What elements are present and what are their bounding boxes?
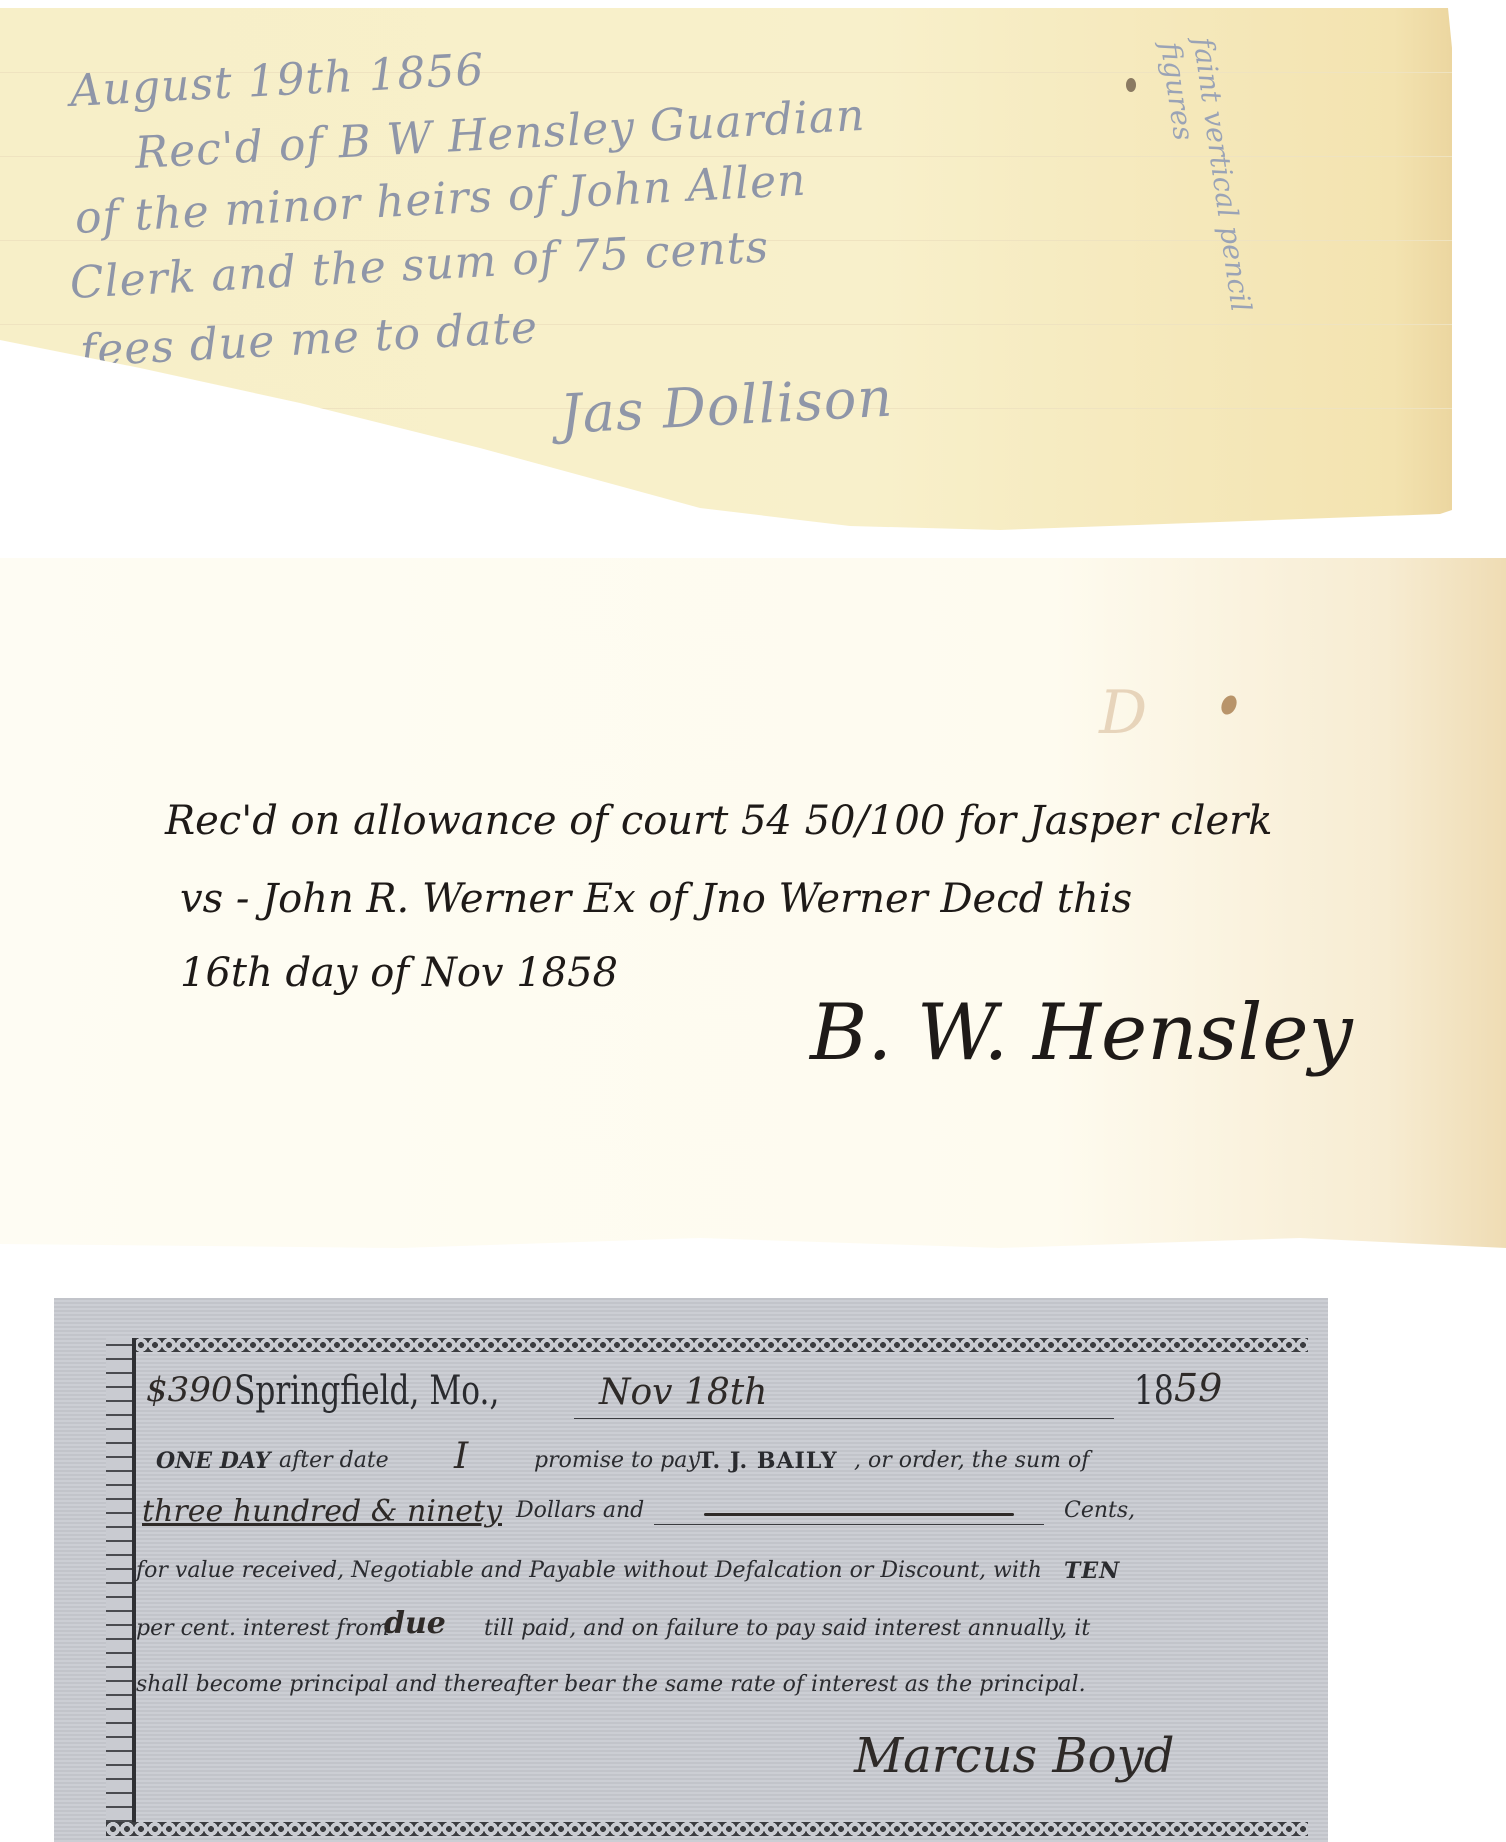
text-line: Rec'd on allowance of court 54 50/100 fo… <box>165 798 1273 844</box>
amount: $390 <box>146 1370 233 1410</box>
ornamental-border-left <box>106 1338 136 1836</box>
date-handwritten: Nov 18th <box>599 1372 767 1413</box>
text: shall become principal and thereafter be… <box>136 1672 1086 1697</box>
pronoun-handwritten: I <box>454 1436 468 1477</box>
receipt-1856: August 19th 1856 Rec'd of B W Hensley Gu… <box>0 8 1452 548</box>
bleed-through-writing: D <box>1080 678 1147 748</box>
text: Dollars and <box>516 1498 644 1523</box>
text-line: 16th day of Nov 1858 <box>180 950 618 996</box>
signature: Marcus Boyd <box>854 1728 1174 1784</box>
text: after date <box>279 1448 389 1473</box>
text-line: vs - John R. Werner Ex of Jno Werner Dec… <box>180 876 1132 922</box>
date-line: August 19th 1856 <box>69 44 486 117</box>
text: , or order, the sum of <box>854 1448 1089 1473</box>
payee: T. J. BAILY <box>698 1448 838 1474</box>
text: for value received, Negotiable and Payab… <box>136 1558 1042 1583</box>
text-line: fees due me to date <box>79 302 540 377</box>
margin-figures: faint vertical pencil figures <box>1154 35 1272 420</box>
signature: B. W. Hensley <box>810 988 1353 1078</box>
interest-from-handwritten: due <box>384 1606 446 1641</box>
ink-spot <box>1126 78 1136 92</box>
rate: TEN <box>1064 1558 1120 1584</box>
receipt-1858: D Rec'd on allowance of court 54 50/100 … <box>0 558 1506 1253</box>
place: Springfield, Mo., <box>234 1368 499 1414</box>
ink-spot <box>1218 693 1239 717</box>
amount-words: three hundred & ninety <box>142 1494 502 1529</box>
date-line <box>574 1418 1114 1419</box>
text: Cents, <box>1064 1498 1135 1523</box>
term: ONE DAY <box>156 1448 270 1474</box>
year-handwritten: 59 <box>1174 1366 1222 1410</box>
text: per cent. interest from <box>136 1616 389 1641</box>
cents-dash <box>704 1513 1014 1516</box>
cents-line <box>654 1524 1044 1525</box>
signature: Jas Dollison <box>558 366 894 446</box>
year-printed: 18 <box>1134 1368 1174 1414</box>
text: promise to pay <box>534 1448 700 1473</box>
ornamental-border-bottom <box>106 1822 1308 1836</box>
ornamental-border-top <box>106 1338 1308 1352</box>
text: till paid, and on failure to pay said in… <box>484 1616 1090 1641</box>
promissory-note-1859: $390 Springfield, Mo., Nov 18th 18 59 ON… <box>54 1298 1328 1842</box>
